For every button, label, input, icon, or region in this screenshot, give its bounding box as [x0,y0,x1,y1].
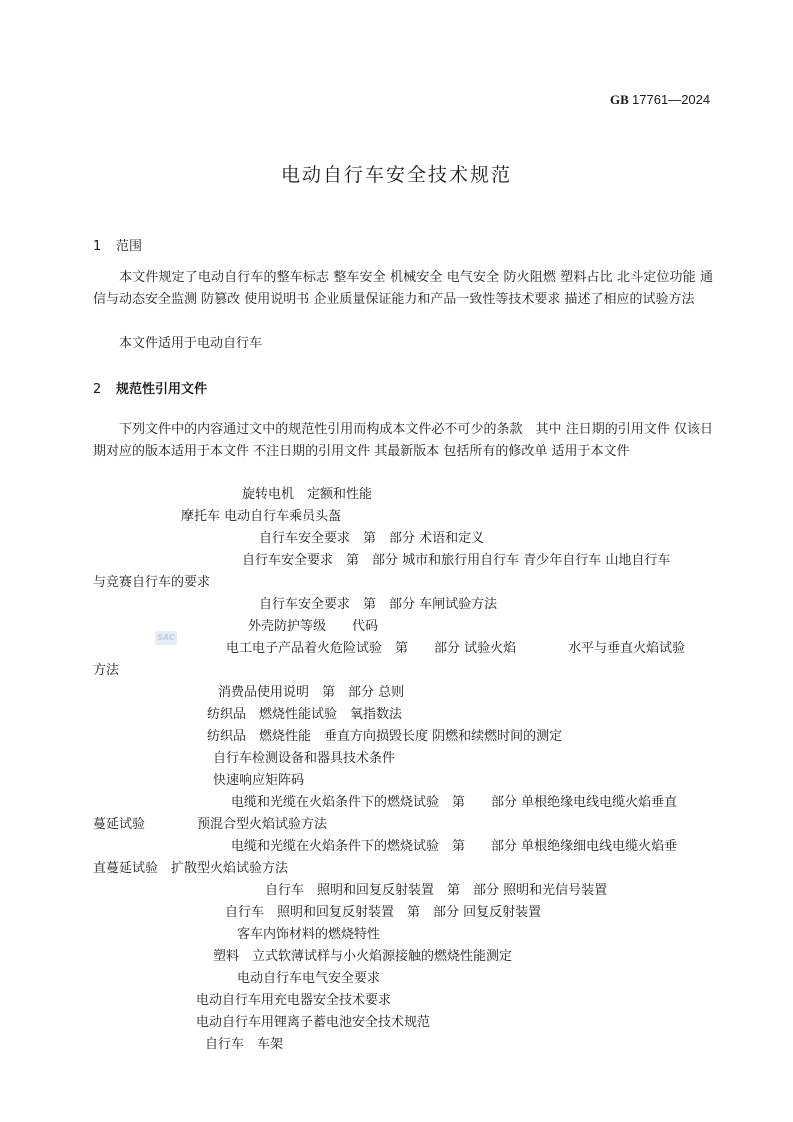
reference-item: 外壳防护等级 代码 [248,616,378,638]
section-title: 规范性引用文件 [116,382,207,397]
standard-number: 17761—2024 [632,92,710,107]
reference-item: 快速响应矩阵码 [213,770,304,792]
reference-item: 电缆和光缆在火焰条件下的燃烧试验 第 部分 单根绝缘电线电缆火焰垂直 [231,792,677,814]
references-intro-paragraph: 下列文件中的内容通过文中的规范性引用而构成本文件必不可少的条款 其中 注日期的引… [93,419,713,463]
scope-paragraph-2: 本文件适用于电动自行车 [93,333,713,355]
reference-item: 电缆和光缆在火焰条件下的燃烧试验 第 部分 单根绝缘细电线电缆火焰垂 [231,836,677,858]
reference-item: 自行车安全要求 第 部分 车闸试验方法 [259,594,497,616]
reference-item: 自行车安全要求 第 部分 术语和定义 [259,528,484,550]
section-number: 2 [93,382,116,397]
scope-paragraph-1: 本文件规定了电动自行车的整车标志 整车安全 机械安全 电气安全 防火阻燃 塑料占… [93,267,713,311]
reference-item: 电工电子产品着火危险试验 第 部分 试验火焰 水平与垂直火焰试验 [226,638,685,660]
reference-item: 电动自行车用充电器安全技术要求 [196,990,391,1012]
reference-item: 纺织品 燃烧性能试验 氧指数法 [207,704,402,726]
reference-item: 电动自行车用锂离子蓄电池安全技术规范 [196,1012,430,1034]
standard-code: GB 17761—2024 [610,92,710,108]
section-number: 1 [93,239,116,254]
document-title: 电动自行车安全技术规范 [0,160,793,187]
reference-item: 消费品使用说明 第 部分 总则 [218,682,404,704]
reference-item: 自行车检测设备和器具技术条件 [213,748,395,770]
reference-item-continuation: 蔓延试验 预混合型火焰试验方法 [93,814,327,836]
section-heading-normative-references: 2规范性引用文件 [93,378,207,397]
reference-item: 摩托车 电动自行车乘员头盔 [181,506,341,528]
section-heading-scope: 1范围 [93,235,142,254]
reference-item: 客车内饰材料的燃烧特性 [237,924,380,946]
section-title: 范围 [116,239,142,254]
reference-item-continuation: 直蔓延试验 扩散型火焰试验方法 [93,858,288,880]
reference-item-continuation: 与竞赛自行车的要求 [93,572,210,594]
standard-prefix: GB [610,92,629,107]
reference-item: 自行车 照明和回复反射装置 第 部分 回复反射装置 [225,902,541,924]
reference-item: 自行车安全要求 第 部分 城市和旅行用自行车 青少年自行车 山地自行车 [242,550,670,572]
reference-item: 电动自行车电气安全要求 [237,968,380,990]
reference-item: 纺织品 燃烧性能 垂直方向损毁长度 阴燃和续燃时间的测定 [207,726,562,748]
sac-watermark-logo: SAC [155,631,177,645]
reference-item-continuation: 方法 [93,660,119,682]
reference-item: 自行车 车架 [205,1034,283,1056]
reference-item: 自行车 照明和回复反射装置 第 部分 照明和光信号装置 [265,880,607,902]
reference-item: 塑料 立式软薄试样与小火焰源接触的燃烧性能测定 [213,946,512,968]
reference-item: 旋转电机 定额和性能 [242,484,372,506]
